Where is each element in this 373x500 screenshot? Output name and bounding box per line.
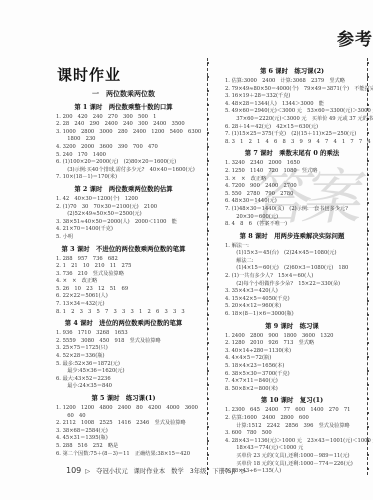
answer-line: 7. (1)48×30＝1440(页) (2)示例:一套书包多少元? bbox=[225, 206, 359, 214]
binding-dot bbox=[207, 328, 209, 330]
binding-dot bbox=[367, 300, 369, 302]
answer-key-title: 参考答 bbox=[337, 25, 373, 50]
answer-line: 6. 18×(8－1)×6＝3000(瓶) bbox=[225, 311, 359, 319]
binding-dot bbox=[207, 244, 209, 246]
binding-dot bbox=[207, 426, 209, 428]
footer-book: 课时作业本 bbox=[134, 468, 165, 475]
footer-term: 下册(SJ) bbox=[212, 468, 235, 475]
arrow-icon: ▷ bbox=[85, 468, 90, 475]
answer-line: 1. 1200 1200 4800 2400 80 4200 4000 3600 bbox=[56, 405, 191, 413]
binding-dot bbox=[367, 314, 369, 316]
lesson-title: 第 4 课时 进位的两位数乘两位数的笔算 bbox=[56, 319, 191, 328]
binding-dot bbox=[367, 76, 369, 78]
binding-dot bbox=[367, 342, 369, 344]
binding-dot bbox=[207, 76, 209, 78]
binding-dot bbox=[207, 384, 209, 386]
answer-line: 5. 288 516 252 略是 bbox=[56, 443, 191, 451]
lesson-title: 第 7 课时 乘数末尾有 0 的乘法 bbox=[225, 149, 359, 158]
binding-dot bbox=[207, 174, 209, 176]
answer-line: 37×60＝2220(元)＜3000 元 买单价 49 元或 37 元的书包 bbox=[225, 116, 359, 124]
binding-dot bbox=[207, 300, 209, 302]
binding-dot bbox=[207, 160, 209, 162]
answer-line: 7. 4×7×11＝840(元) bbox=[225, 378, 359, 386]
answer-line: 20×30＝600(元) bbox=[225, 214, 359, 222]
lesson-title: 第 8 课时 用两步连乘解决实际问题 bbox=[225, 232, 359, 241]
binding-dot bbox=[367, 286, 369, 288]
answer-line: (1)15×3＝45(台) (2)24×45＝1080(元) bbox=[225, 250, 359, 258]
binding-dot bbox=[367, 412, 369, 414]
binding-dot bbox=[207, 342, 209, 344]
answer-line: 3. × × 改正略 bbox=[225, 176, 359, 184]
answer-line: 1. 2300 645 2400 77 600 1400 270 71 bbox=[225, 407, 359, 415]
binding-dot bbox=[367, 160, 369, 162]
answer-line: 1. 3240 2340 2000 1650 bbox=[225, 160, 359, 168]
workbook-page: 参考答 课时作业 答案 一 两位数乘两位数 第 1 课时 两位数乘整十数的口算1… bbox=[0, 0, 373, 500]
binding-dot bbox=[367, 132, 369, 134]
binding-dot bbox=[207, 62, 209, 64]
binding-dot bbox=[207, 314, 209, 316]
answer-line: 4. 7200 900 2400 2700 bbox=[225, 183, 359, 191]
binding-dot bbox=[207, 440, 209, 442]
answer-line: 计算:1512 2242 2856 396 竖式及验算略 bbox=[225, 423, 359, 431]
answer-line: 3. 25×75＝1725(只) bbox=[56, 345, 191, 353]
answer-line: (1)4×15＝60(元) (2)60×3＝1080(元) 180 bbox=[225, 265, 359, 273]
answer-line: 5. 18×4×23＝1656(本) bbox=[225, 363, 359, 371]
answer-line: 3. 35×4×3＝420(人) bbox=[225, 288, 359, 296]
answer-line: 6. (1)100×20＝2000(元) (2)80×20＝1600(元) bbox=[56, 159, 191, 167]
binding-dot bbox=[367, 272, 369, 274]
lesson-title: 第 10 课时 复习(1) bbox=[225, 396, 359, 405]
answer-line: 1. 936 1710 3268 1653 bbox=[56, 330, 191, 338]
answer-line: 1. 42 40×30＝1200(个) 1200 bbox=[56, 196, 191, 204]
page-footer: 109 ▷ 夺冠小状元 课时作业本 数学 3年级 下册(SJ) ▷ bbox=[66, 466, 251, 475]
binding-dot bbox=[367, 118, 369, 120]
answer-line: (2)52×49≈50×50＝2500(元) bbox=[56, 211, 191, 219]
answer-line: 6. 第二个因数:75＋(8－3)＝11 正确结果:38×15＝420 bbox=[56, 451, 191, 459]
answer-line: 7. (1)15×25＝375(千克) (2)(15＋11)×25＝250(元) bbox=[225, 131, 359, 139]
answer-line: 5. 49×60＝2940(元)＜3000 元 53×60＝3300(元)＞30… bbox=[225, 108, 359, 116]
binding-dot bbox=[207, 230, 209, 232]
binding-dot bbox=[367, 174, 369, 176]
answer-line: 18×43＝774(元)＜1000 元 bbox=[225, 445, 359, 453]
binding-dot bbox=[367, 202, 369, 204]
binding-dot bbox=[207, 216, 209, 218]
binding-dot bbox=[207, 412, 209, 414]
binding-dot bbox=[367, 356, 369, 358]
lesson-title: 第 2 课时 两位数乘两位数的估算 bbox=[56, 185, 191, 194]
page-title: 课时作业 bbox=[57, 64, 121, 85]
answer-line: 2. 2112 1008 2525 1416 2346 竖式及验算略 bbox=[56, 420, 191, 428]
binding-dot bbox=[367, 440, 369, 442]
answer-line: 7. 13×34＝432(元) bbox=[56, 301, 191, 309]
answer-line: 2. (1)70 30 70×30＝2100(元) 2100 bbox=[56, 204, 191, 212]
binding-dot bbox=[207, 146, 209, 148]
answer-line: 8. 4 8 6 (答案不唯一) bbox=[225, 221, 359, 229]
answer-line: 3. 1000 2800 3000 280 2400 1200 5400 630… bbox=[56, 129, 191, 137]
page-number: 109 bbox=[66, 466, 81, 475]
binding-dot bbox=[367, 426, 369, 428]
answer-line: 1800 230 bbox=[56, 136, 191, 144]
left-column: 一 两位数乘两位数 第 1 课时 两位数乘整十数的口算1. 200 420 24… bbox=[56, 88, 191, 458]
answer-line: 2. 估算:1600 2400 2800 600 bbox=[225, 415, 359, 423]
answer-line: 1. 估算:3000 2400 计算:3068 2379 竖式略 bbox=[225, 78, 359, 86]
binding-dot bbox=[207, 356, 209, 358]
binding-dot bbox=[367, 62, 369, 64]
answer-line: 5. 20×4×12＝960(米) bbox=[225, 303, 359, 311]
binding-dot bbox=[367, 384, 369, 386]
answer-line: 4. 21×70＝1400(千克) bbox=[56, 226, 191, 234]
answer-line: 4. 52×28＝336(瓶) bbox=[56, 353, 191, 361]
lesson-title: 第 1 课时 两位数乘整十数的口算 bbox=[56, 103, 191, 112]
binding-dot bbox=[207, 104, 209, 106]
answer-line: 4. 45×31＝1395(瓶) bbox=[56, 435, 191, 443]
binding-dot bbox=[367, 188, 369, 190]
answer-line: 2. 28 240 290 2400 240 300 2400 3500 bbox=[56, 121, 191, 129]
binding-dot bbox=[367, 398, 369, 400]
binding-dot bbox=[367, 90, 369, 92]
answer-line: 8. 50×8×2＝800(米) bbox=[225, 386, 359, 394]
answer-line: 8. 3 1 2 1 4 6 8 3 9 9 4 7 4 1 7 7 4 bbox=[225, 139, 359, 147]
answer-line: 3. 600 780 500 bbox=[225, 430, 359, 438]
right-column: 第 6 课时 练习课(2)1. 估算:3000 2400 计算:3068 237… bbox=[225, 64, 359, 476]
answer-line: 4. × × 改正略 bbox=[56, 278, 191, 286]
binding-dot bbox=[367, 454, 369, 456]
answer-line: 2. 1 21 10 210 11 275 bbox=[56, 263, 191, 271]
unit-title: 一 两位数乘两位数 bbox=[56, 90, 191, 98]
answer-line: 6. 48×30＝1440(元) bbox=[225, 198, 359, 206]
answer-line: 5. 小明 bbox=[56, 234, 191, 242]
lesson-title: 第 5 课时 练习课(1) bbox=[56, 394, 191, 403]
binding-dot bbox=[367, 370, 369, 372]
answer-line: 2. 1280 2010 926 713 竖式略 bbox=[225, 340, 359, 348]
binding-dot bbox=[207, 286, 209, 288]
answer-line: 7. 10×(18－1)＝170(米) bbox=[56, 174, 191, 182]
answer-line: 2. 1250 1140 720 1080 竖式略 bbox=[225, 168, 359, 176]
lesson-title: 第 9 课时 练习课 bbox=[225, 322, 359, 331]
binding-dot bbox=[207, 202, 209, 204]
footer-brand: 夺冠小状元 bbox=[96, 468, 127, 475]
binding-dot bbox=[367, 244, 369, 246]
binding-dot bbox=[367, 258, 369, 260]
binding-dot bbox=[367, 216, 369, 218]
answer-line: 4. 3200 2000 3600 390 700 470 bbox=[56, 144, 191, 152]
lesson-title: 第 3 课时 不进位的两位数乘两位数的笔算 bbox=[56, 245, 191, 254]
binding-dot bbox=[207, 468, 209, 470]
answer-line: 买单价 23 元的(文具),还剩:1000－989＝11(元) bbox=[225, 453, 359, 461]
binding-dot bbox=[367, 104, 369, 106]
answer-line: 8. 1 2 3 3 5 7 3 3 3 1 2 6 3 3 3 bbox=[56, 309, 191, 317]
arrow-icon: ▷ bbox=[242, 468, 247, 475]
binding-dot bbox=[207, 132, 209, 134]
footer-subject: 数学 bbox=[171, 468, 184, 475]
binding-dot bbox=[207, 258, 209, 260]
answer-line: 3. 16×19＋28＝332(千克) bbox=[225, 93, 359, 101]
binding-dot bbox=[367, 468, 369, 470]
binding-dot bbox=[207, 188, 209, 190]
binding-dot bbox=[207, 272, 209, 274]
binding-dot bbox=[207, 90, 209, 92]
footer-grade: 3年级 bbox=[190, 468, 207, 475]
binding-dot bbox=[207, 398, 209, 400]
answer-line: 4. 4×4×5＝72(瓶) bbox=[225, 355, 359, 363]
answer-line: 最少:45×36＝1620(元) bbox=[56, 368, 191, 376]
binding-dot bbox=[207, 118, 209, 120]
binding-dot bbox=[207, 454, 209, 456]
binding-dot bbox=[367, 146, 369, 148]
answer-line: 2. (1)一共有多少人? 15×4＝60(人) bbox=[225, 273, 359, 281]
binding-dot bbox=[207, 370, 209, 372]
binding-dot bbox=[367, 230, 369, 232]
answer-line: 1. 200 420 240 270 300 500 1 bbox=[56, 114, 191, 122]
answer-line: 1. 288 957 736 682 bbox=[56, 256, 191, 264]
answer-line: 6. 22×22＝5061(人) bbox=[56, 293, 191, 301]
answer-line: 最小:24×35＝840 bbox=[56, 383, 191, 391]
lesson-title: 第 6 课时 练习课(2) bbox=[225, 67, 359, 76]
binding-dot bbox=[367, 328, 369, 330]
